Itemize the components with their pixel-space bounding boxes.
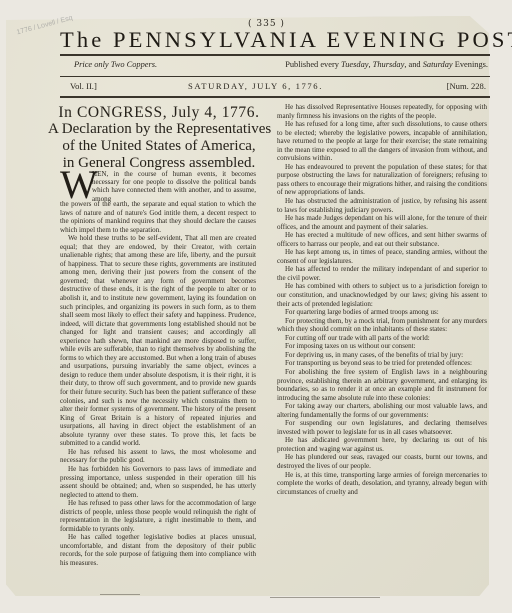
grievance: He has made Judges dependant on his will… — [277, 214, 487, 231]
grievance: For suspending our own legislatures, and… — [277, 419, 487, 436]
article-heading-united-states: of the United States of America, — [56, 138, 262, 155]
grievance: He has endeavoured to prevent the popula… — [277, 163, 487, 197]
paragraph: He has refused his assent to laws, the m… — [60, 448, 256, 465]
schedule-day-tuesday: Tuesday — [341, 60, 368, 69]
grievance: For quartering large bodies of armed tro… — [277, 308, 487, 317]
article-heading-declaration: A Declaration by the Representatives — [48, 121, 264, 138]
left-column: the powers of the earth, the separate an… — [60, 200, 256, 568]
schedule-day-saturday: Saturday — [423, 60, 453, 69]
opening-continuation: the powers of the earth, the separate an… — [60, 200, 256, 234]
schedule-text: Published every Tuesday, Thursday, and S… — [285, 60, 488, 69]
grievance: For cutting off our trade with all parts… — [277, 334, 487, 343]
price-text: Price only Two Coppers. — [74, 60, 157, 69]
volume-number: Vol. II.] — [70, 81, 97, 91]
grievance: For taking away our charters, abolishing… — [277, 402, 487, 419]
opening-text: HEN, in the course of human events, it b… — [92, 170, 256, 203]
schedule-day-thursday: Thursday — [373, 60, 405, 69]
schedule-suffix: Evenings. — [455, 60, 488, 69]
grievance: For transporting us beyond seas to be tr… — [277, 359, 487, 368]
opening-paragraph: W HEN, in the course of human events, it… — [60, 170, 256, 203]
schedule-conj: and — [409, 60, 421, 69]
masthead-rule — [60, 54, 490, 56]
grievance: He has dissolved Representative Houses r… — [277, 103, 487, 120]
drop-cap-letter: W — [60, 167, 98, 203]
grievance: He has plundered our seas, ravaged our c… — [277, 453, 487, 470]
grievance: He has abdicated government here, by dec… — [277, 436, 487, 453]
grievance: He has erected a multitude of new office… — [277, 231, 487, 248]
bottom-rule-right — [270, 597, 380, 598]
grievance: He has refused for a long time, after su… — [277, 120, 487, 163]
paragraph: He has refused to pass other laws for th… — [60, 499, 256, 533]
article-heading-congress: In CONGRESS, July 4, 1776. — [56, 104, 262, 122]
issue-number: [Num. 228. — [447, 81, 486, 91]
grievance: He has combined with others to subject u… — [277, 282, 487, 308]
grievance: He has affected to render the military i… — [277, 265, 487, 282]
paragraph: We hold these truths to be self-evident,… — [60, 234, 256, 448]
paragraph: He has called together legislative bodie… — [60, 533, 256, 567]
grievance: For abolishing the free system of Englis… — [277, 368, 487, 402]
schedule-prefix: Published every — [285, 60, 339, 69]
bottom-rule-left — [100, 594, 140, 595]
grievance: For depriving us, in many cases, of the … — [277, 351, 487, 360]
right-column: He has dissolved Representative Houses r… — [277, 103, 487, 496]
issue-date: SATURDAY, JULY 6, 1776. — [188, 81, 323, 91]
grievance: For protecting them, by a mock trial, fr… — [277, 317, 487, 334]
grievance: He is, at this time, transporting large … — [277, 471, 487, 497]
grievance: He has obstructed the administration of … — [277, 197, 487, 214]
masthead-title: The PENNSYLVANIA EVENING POST. — [60, 27, 492, 53]
paragraph: He has forbidden his Governors to pass l… — [60, 465, 256, 499]
publication-line: Price only Two Coppers. Published every … — [74, 60, 488, 69]
grievance: He has kept among us, in times of peace,… — [277, 248, 487, 265]
grievance: For imposing taxes on us without our con… — [277, 342, 487, 351]
publication-rule — [60, 76, 490, 77]
dateline-rule — [60, 96, 490, 98]
